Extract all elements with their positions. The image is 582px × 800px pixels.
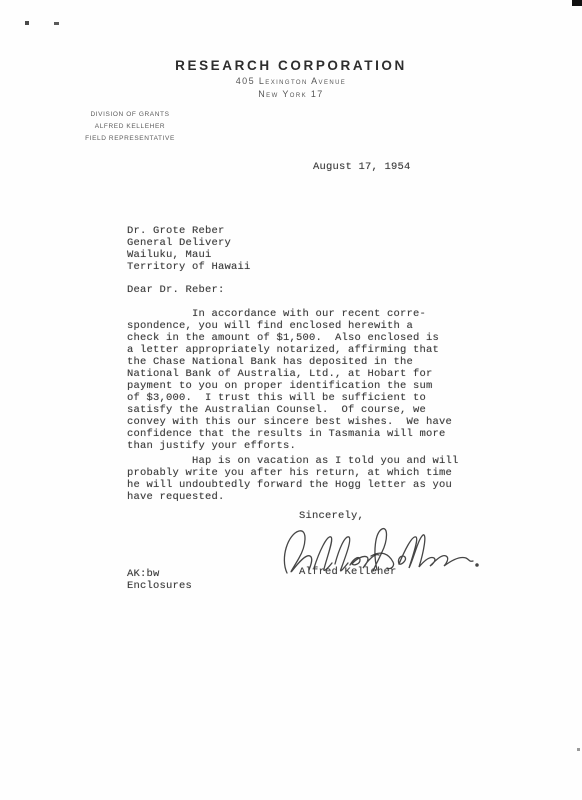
scan-artifact-corner-mark [572, 0, 582, 6]
scan-artifact-speck [54, 22, 59, 25]
scan-artifact-speck [577, 748, 580, 751]
body-paragraph-2: Hap is on vacation as I told you and wil… [127, 455, 459, 503]
division-block: DIVISION OF GRANTS ALFRED KELLEHER FIELD… [78, 109, 182, 145]
enclosures-note: Enclosures [127, 580, 192, 592]
recipient-address: Dr. Grote Reber General Delivery Wailuku… [127, 225, 251, 273]
company-name: RESEARCH CORPORATION [0, 58, 582, 73]
scanned-letter-page: RESEARCH CORPORATION 405 Lexington Avenu… [0, 0, 582, 800]
representative-name: ALFRED KELLEHER [78, 121, 182, 133]
typist-initials: AK:bw [127, 568, 192, 580]
scan-artifact-speck [25, 21, 29, 25]
company-city-address: New York 17 [0, 89, 582, 99]
reference-initials-block: AK:bw Enclosures [127, 568, 192, 592]
body-paragraph-1: In accordance with our recent corre- spo… [127, 308, 452, 452]
letter-date: August 17, 1954 [313, 161, 411, 173]
salutation: Dear Dr. Reber: [127, 284, 225, 296]
representative-title: FIELD REPRESENTATIVE [78, 133, 182, 145]
company-street-address: 405 Lexington Avenue [0, 76, 582, 86]
signature-typed-name: Alfred Kelleher [299, 566, 397, 578]
closing-line: Sincerely, [299, 510, 364, 522]
letterhead: RESEARCH CORPORATION 405 Lexington Avenu… [0, 58, 582, 99]
division-name: DIVISION OF GRANTS [78, 109, 182, 121]
